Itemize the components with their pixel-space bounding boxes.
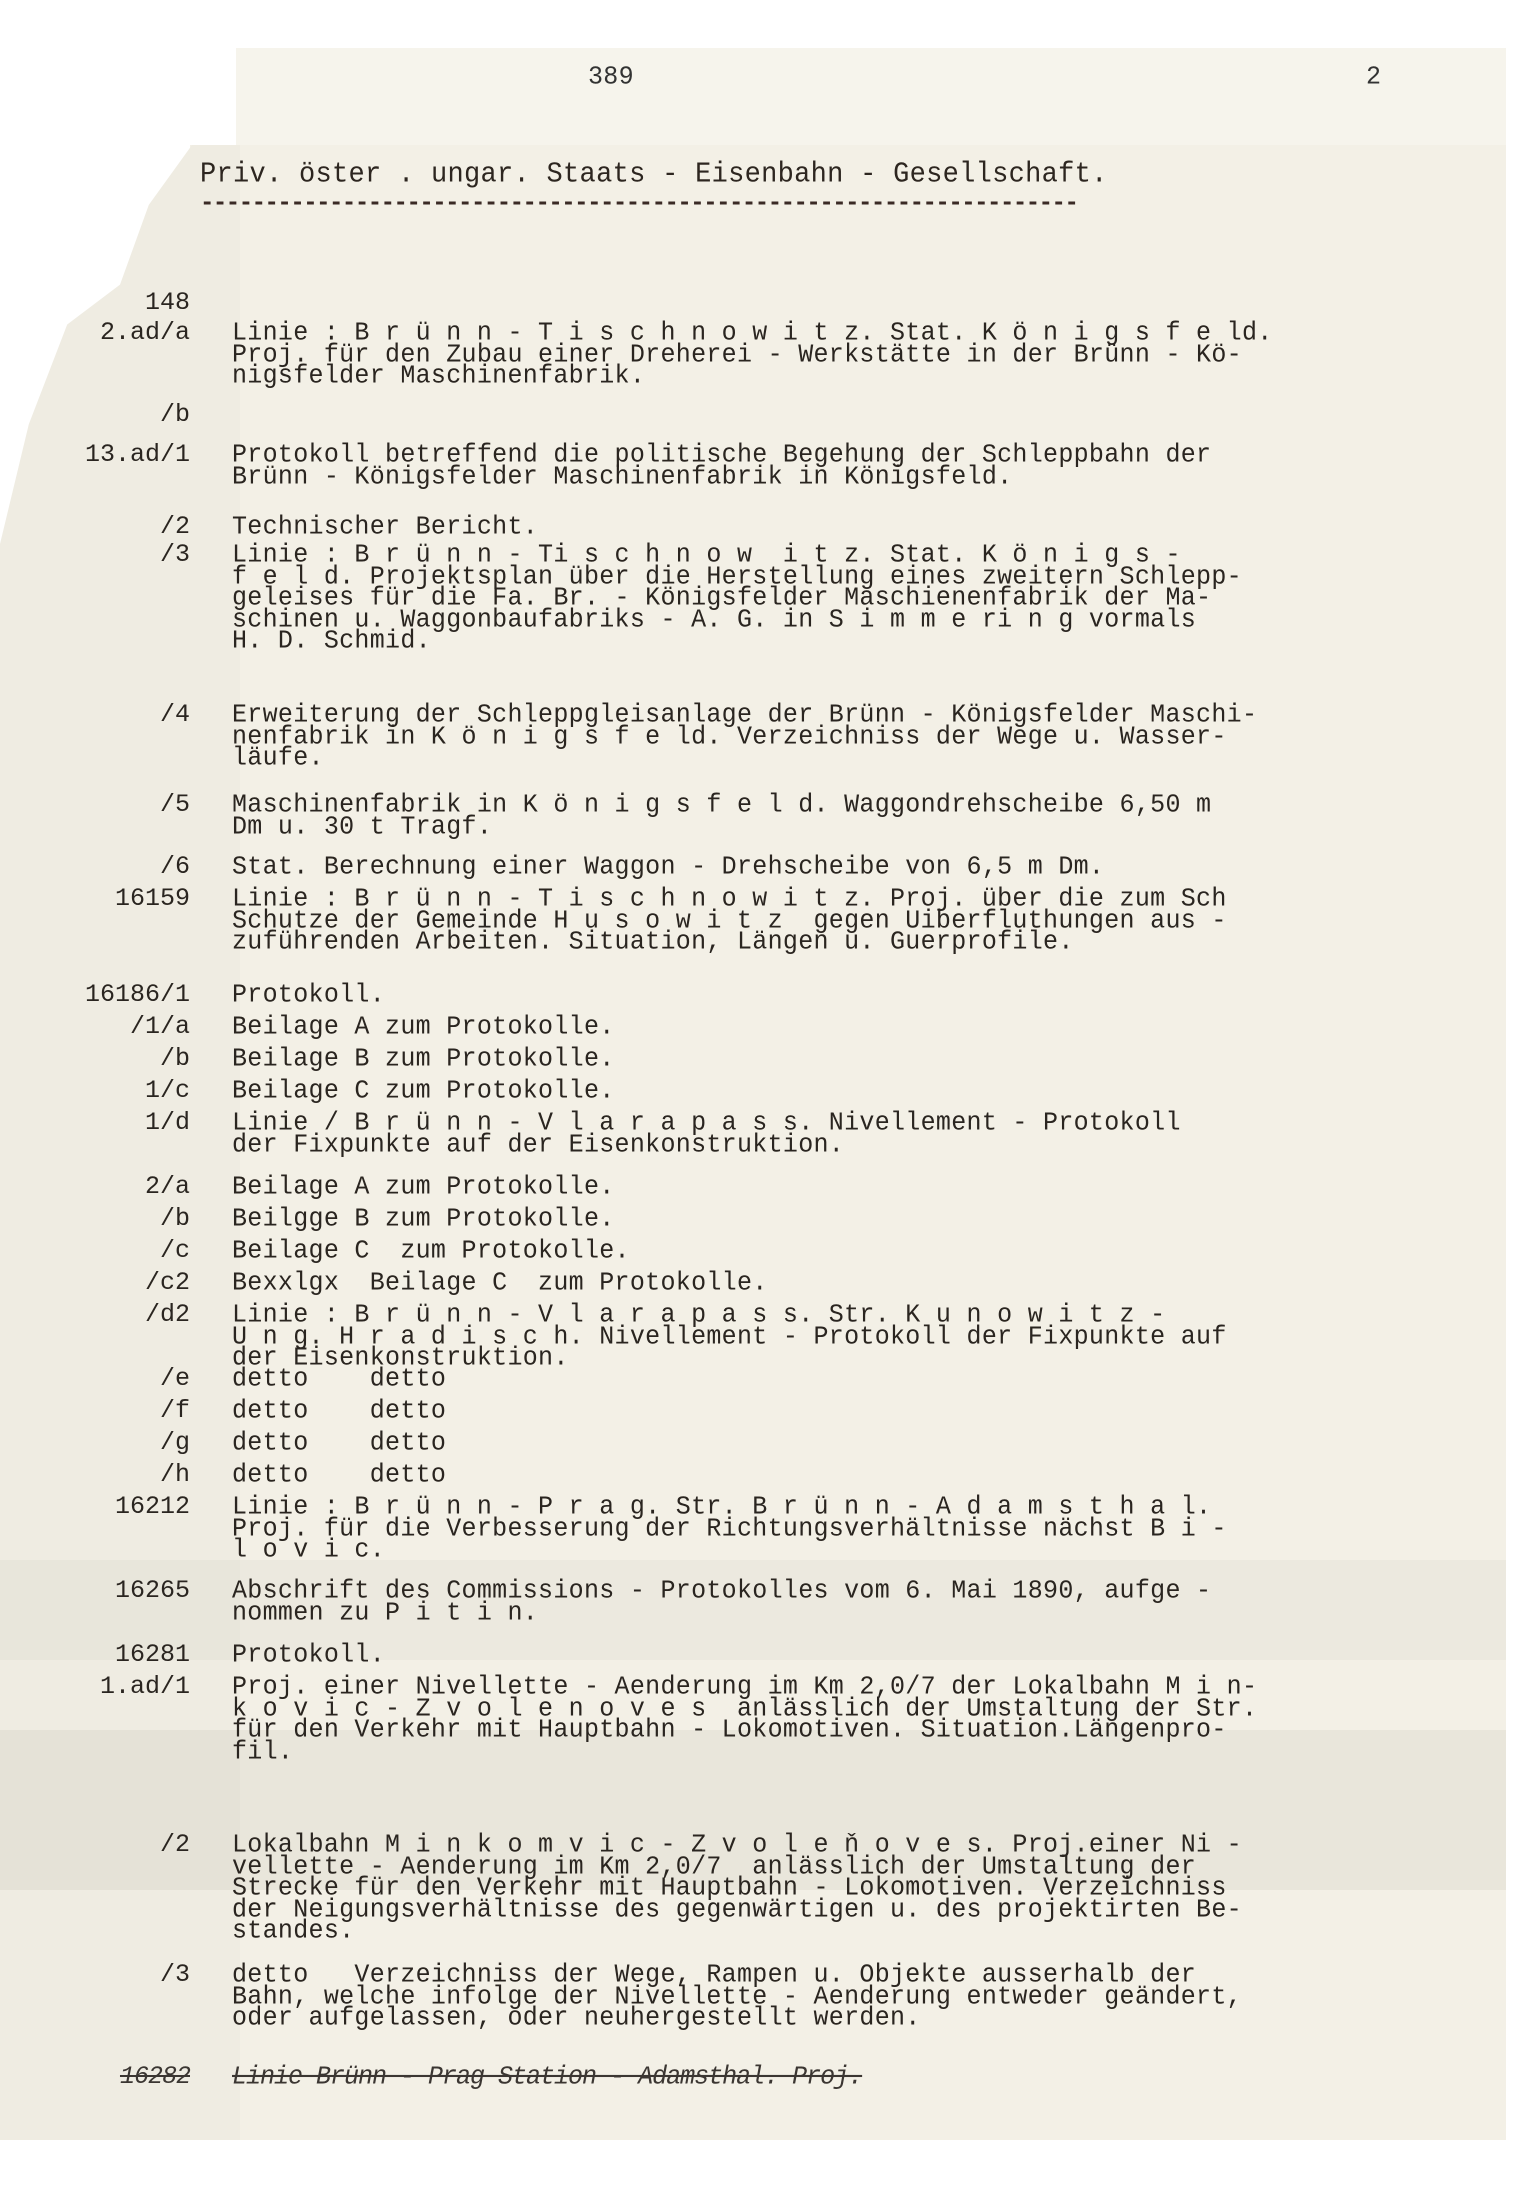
entry-reference: 16186/1 [40,980,190,1009]
entry-text-line: Linie Brünn - Prag Station - Adamsthal. … [232,2061,862,2091]
entry-reference: 148 [40,288,190,317]
entry-text-line: oder aufgelassen, oder neuhergestellt we… [232,2002,921,2032]
entry-reference: 2.ad/a [40,318,190,347]
entry-text-line: Beilage C zum Protokolle. [232,1235,630,1265]
entry-text-line: Technischer Bericht. [232,511,538,541]
entry-reference: /3 [40,1960,190,1989]
entry-reference: 16265 [40,1576,190,1605]
paper-sheet-top [236,48,1506,148]
entry-reference: 1/c [40,1076,190,1105]
entry-text-line: standes. [232,1915,354,1945]
entry-text-line: Stat. Berechnung einer Waggon - Drehsche… [232,851,1104,881]
entry-text-line: nenfabrik in K ö n i g s f e ld. Verzeic… [232,721,1227,751]
entry-reference: /f [40,1396,190,1425]
heading-rule: ----------------------------------------… [200,189,1077,217]
entry-reference: /c [40,1236,190,1265]
document-page: 389 2 Priv. öster . ungar. Staats - Eise… [0,0,1532,2212]
entry-reference: /1/a [40,1012,190,1041]
entry-text-line: detto detto [232,1363,446,1393]
entry-reference: /b [40,1044,190,1073]
entry-reference: 16159 [40,884,190,913]
entry-reference: 16282 [40,2062,190,2091]
entry-reference: 16281 [40,1640,190,1669]
entry-reference: 16212 [40,1492,190,1521]
entry-text-line: H. D. Schmid. [232,625,431,655]
entry-text-line: Brünn - Königsfelder Maschinenfabrik in … [232,461,1012,491]
entry-reference: /4 [40,700,190,729]
page-heading: Priv. öster . ungar. Staats - Eisenbahn … [200,159,1108,191]
entry-reference: /b [40,1204,190,1233]
entry-reference: /6 [40,852,190,881]
entry-reference: /2 [40,1830,190,1859]
entry-text-line: l o v i c. [232,1534,385,1564]
page-number: 389 [588,61,634,91]
entry-text-line: nigsfelder Maschinenfabrik. [232,360,645,390]
entry-reference: /g [40,1428,190,1457]
entry-text-line: nommen zu P i t i n. [232,1597,538,1627]
sheet-number: 2 [1366,61,1381,91]
entry-reference: /5 [40,790,190,819]
entry-text-line: detto detto [232,1459,446,1489]
entry-text-line: für den Verkehr mit Hauptbahn - Lokomoti… [232,1714,1227,1744]
entry-text-line: zuführenden Arbeiten. Situation, Längen … [232,926,1074,956]
entry-reference: 1.ad/1 [40,1672,190,1701]
entry-text-line: der Neigungsverhältnisse des gegenwärtig… [232,1894,1242,1924]
entry-text-line: Bexxlgx Beilage C zum Protokolle. [232,1267,768,1297]
entry-reference: /b [40,400,190,429]
entry-reference: /2 [40,512,190,541]
entry-text-line: Beilage A zum Protokolle. [232,1011,615,1041]
entry-text-line: detto detto [232,1427,446,1457]
entry-text-line: Protokoll. [232,979,385,1009]
entry-text-line: der Fixpunkte auf der Eisenkonstruktion. [232,1129,844,1159]
entry-reference: 13.ad/1 [40,440,190,469]
entry-text-line: läufe. [232,742,324,772]
entry-reference: /3 [40,540,190,569]
entry-reference: 2/a [40,1172,190,1201]
entry-reference: /c2 [40,1268,190,1297]
entry-reference: /h [40,1460,190,1489]
entry-text-line: Dm u. 30 t Tragf. [232,811,492,841]
entry-text-line: Beilage C zum Protokolle. [232,1075,615,1105]
entry-text-line: Protokoll. [232,1639,385,1669]
entry-text-line: detto detto [232,1395,446,1425]
entry-text-line: fil. [232,1736,293,1766]
entry-reference: 1/d [40,1108,190,1137]
entry-reference: /e [40,1364,190,1393]
entry-text-line: Beilage A zum Protokolle. [232,1171,615,1201]
entry-reference: /d2 [40,1300,190,1329]
entry-text-line: Beilgge B zum Protokolle. [232,1203,615,1233]
entry-text-line: Beilage B zum Protokolle. [232,1043,615,1073]
